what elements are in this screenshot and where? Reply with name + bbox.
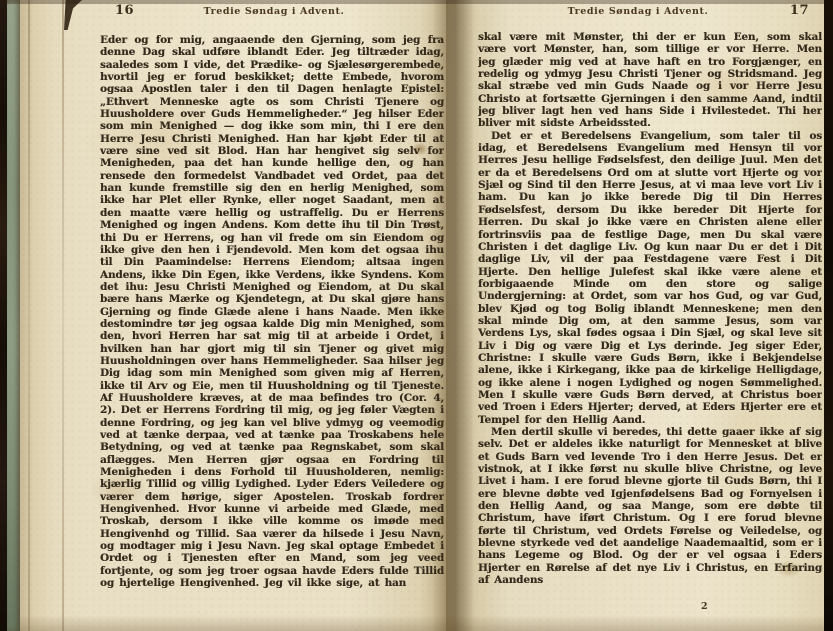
paragraph: Eder og for mig, angaaende den Gjerning,… bbox=[100, 34, 444, 589]
page-number-right: 17 bbox=[790, 3, 809, 18]
running-title-right: Tredie Søndag i Advent. bbox=[466, 6, 810, 17]
left-page-body-text: Eder og for mig, angaaende den Gjerning,… bbox=[100, 34, 444, 612]
book-cover-cloth-edge bbox=[7, 0, 20, 631]
page-block-edge-right bbox=[824, 0, 833, 631]
paragraph: skal være mit Mønster, thi der er kun Ee… bbox=[478, 31, 822, 130]
running-title-left: Tredie Søndag i Advent. bbox=[102, 6, 446, 17]
page-crease bbox=[28, 0, 30, 631]
signature-mark: 2 bbox=[701, 601, 708, 612]
left-page: 16 Tredie Søndag i Advent. Eder og for m… bbox=[20, 0, 446, 631]
right-page: Tredie Søndag i Advent. 17 skal være mit… bbox=[446, 0, 825, 631]
paragraph: Men dertil skulle vi beredes, thi dette … bbox=[478, 426, 822, 586]
open-book-scan: 16 Tredie Søndag i Advent. Eder og for m… bbox=[0, 0, 833, 631]
paragraph: Det er et Beredelsens Evangelium, som ta… bbox=[478, 130, 822, 426]
page-crease bbox=[62, 0, 64, 631]
right-page-body-text: skal være mit Mønster, thi der er kun Ee… bbox=[478, 31, 822, 599]
